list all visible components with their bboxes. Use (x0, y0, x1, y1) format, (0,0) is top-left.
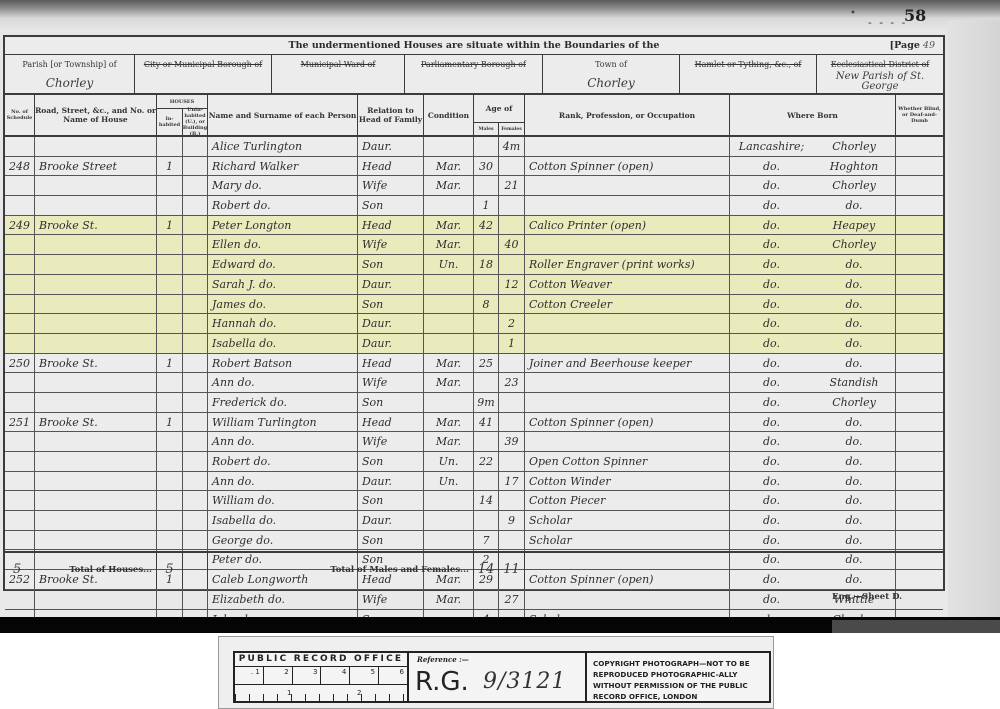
born-place-cell: do. (813, 255, 896, 274)
occupation-cell (525, 176, 730, 195)
relation-cell: Son (358, 452, 424, 471)
census-row: James do.Son8Cotton Creelerdo.do. (5, 295, 943, 315)
place-label: Town of (543, 55, 679, 69)
census-row: 248Brooke Street1Richard WalkerHeadMar.3… (5, 157, 943, 177)
inhabited-cell (157, 452, 183, 471)
place-ward: Municipal Ward of (272, 55, 405, 93)
condition-cell: Mar. (424, 432, 474, 451)
uninhabited-cell (183, 255, 208, 274)
inhabited-cell (157, 373, 183, 392)
census-row: Isabella do.Daur.9Scholardo.do. (5, 511, 943, 531)
col-inhabited: In-habited (157, 109, 183, 137)
scan-edge-band-right (832, 620, 1000, 633)
occupation-cell: Calico Printer (open) (525, 216, 730, 235)
occupation-cell: Roller Engraver (print works) (525, 255, 730, 274)
total-houses-cell: 5 Total of Houses... (5, 553, 157, 589)
born-county-cell: do. (730, 334, 813, 353)
total-persons-label: Total of Males and Females... (330, 565, 469, 575)
female-age-cell (499, 452, 525, 471)
schedule-cell (5, 472, 35, 491)
born-county-cell: Lancashire; (730, 137, 813, 156)
condition-cell (424, 314, 474, 333)
male-age-cell (474, 432, 499, 451)
total-males-cell: 14 (474, 553, 499, 589)
page-value: 49 (923, 40, 935, 51)
born-place-cell: do. (813, 472, 896, 491)
road-cell (35, 472, 157, 491)
condition-cell (424, 295, 474, 314)
condition-cell: Mar. (424, 354, 474, 373)
born-place-cell: do. (813, 432, 896, 451)
male-age-cell: 8 (474, 295, 499, 314)
col-age: Age of (474, 95, 525, 123)
condition-cell (424, 137, 474, 156)
female-age-cell (499, 531, 525, 550)
place-ecclesiastical: Ecclesiastical District of New Parish of… (817, 55, 943, 93)
male-age-cell (474, 472, 499, 491)
uninhabited-cell (183, 452, 208, 471)
col-schedule: No. of Schedule (5, 95, 35, 137)
occupation-cell: Cotton Winder (525, 472, 730, 491)
relation-cell: Son (358, 393, 424, 412)
blind-cell (896, 235, 943, 254)
ruler-scale-top: . 1 2 3 4 5 6 (235, 667, 407, 685)
inhabited-cell (157, 511, 183, 530)
total-houses-value-cell: 5 (157, 553, 183, 589)
census-row: Hannah do.Daur.2do.do. (5, 314, 943, 334)
occupation-cell: Cotton Creeler (525, 295, 730, 314)
occupation-cell (525, 137, 730, 156)
name-cell: Ann do. (208, 472, 358, 491)
reference-number: 9/3121 (483, 669, 566, 694)
uninhabited-cell (183, 334, 208, 353)
blind-cell (896, 354, 943, 373)
relation-cell: Son (358, 531, 424, 550)
uninhabited-cell (183, 137, 208, 156)
total-males: 14 (478, 562, 495, 577)
condition-cell: Un. (424, 452, 474, 471)
born-county-cell: do. (730, 511, 813, 530)
ruler-mark: . 1 (235, 667, 264, 684)
male-age-cell: 41 (474, 413, 499, 432)
born-county-cell: do. (730, 176, 813, 195)
road-cell: Brooke St. (35, 413, 157, 432)
male-age-cell: 9m (474, 393, 499, 412)
blind-cell (896, 216, 943, 235)
name-cell: Isabella do. (208, 334, 358, 353)
born-county-cell: do. (730, 472, 813, 491)
place-label: City or Municipal Borough of (135, 55, 271, 69)
col-females: Females (499, 123, 525, 137)
condition-cell: Un. (424, 472, 474, 491)
uninhabited-cell (183, 432, 208, 451)
place-borough: City or Municipal Borough of (135, 55, 272, 93)
born-county-cell: do. (730, 393, 813, 412)
name-cell: Sarah J. do. (208, 275, 358, 294)
name-cell: Edward do. (208, 255, 358, 274)
col-relation: Relation to Head of Family (358, 95, 424, 137)
census-row: Sarah J. do.Daur.12Cotton Weaverdo.do. (5, 275, 943, 295)
banner: The undermentioned Houses are situate wi… (5, 37, 943, 55)
schedule-cell (5, 314, 35, 333)
inhabited-cell: 1 (157, 413, 183, 432)
female-age-cell: 23 (499, 373, 525, 392)
condition-cell: Mar. (424, 373, 474, 392)
blind-cell (896, 590, 943, 609)
male-age-cell: 7 (474, 531, 499, 550)
place-headers: Parish [or Township] of Chorley City or … (5, 55, 943, 95)
occupation-cell: Cotton Spinner (open) (525, 157, 730, 176)
uninhabited-cell (183, 472, 208, 491)
born-place-cell: Hoghton (813, 157, 896, 176)
born-place-cell: Standish (813, 373, 896, 392)
col-road: Road, Street, &c., and No. or Name of Ho… (35, 95, 157, 137)
copyright-notice: COPYRIGHT PHOTOGRAPH—NOT TO BE REPRODUCE… (587, 653, 769, 701)
female-age-cell (499, 354, 525, 373)
male-age-cell: 30 (474, 157, 499, 176)
road-cell (35, 275, 157, 294)
born-place-cell: Chorley (813, 393, 896, 412)
condition-cell: Un. (424, 255, 474, 274)
female-age-cell (499, 157, 525, 176)
born-county-cell: do. (730, 452, 813, 471)
born-place-cell: Chorley (813, 137, 896, 156)
born-place-cell: do. (813, 295, 896, 314)
schedule-cell (5, 491, 35, 510)
born-place-cell: Heapey (813, 216, 896, 235)
relation-cell: Daur. (358, 275, 424, 294)
schedule-cell (5, 137, 35, 156)
place-value: New Parish of St. George (817, 72, 943, 92)
page-number: [Page49 (890, 37, 935, 54)
place-value: Chorley (5, 76, 134, 90)
place-label: Ecclesiastical District of (817, 55, 943, 69)
occupation-cell: Joiner and Beerhouse keeper (525, 354, 730, 373)
condition-cell: Mar. (424, 216, 474, 235)
census-sheet: The undermentioned Houses are situate wi… (3, 35, 945, 591)
place-label: Parish [or Township] of (5, 55, 134, 69)
census-row: Elizabeth do.WifeMar.27do.Whittle (5, 590, 943, 610)
born-county-cell: do. (730, 491, 813, 510)
census-row: Alice TurlingtonDaur.4mLancashire;Chorle… (5, 137, 943, 157)
blind-cell (896, 157, 943, 176)
blind-cell (896, 452, 943, 471)
name-cell: William do. (208, 491, 358, 510)
inhabited-cell (157, 176, 183, 195)
sheet-id: Eng.—Sheet D. (832, 592, 902, 602)
pro-card-frame: PUBLIC RECORD OFFICE . 1 2 3 4 5 6 1 2 R… (233, 651, 771, 703)
occupation-cell (525, 393, 730, 412)
male-age-cell (474, 137, 499, 156)
female-age-cell: 17 (499, 472, 525, 491)
born-county-cell: do. (730, 216, 813, 235)
condition-cell: Mar. (424, 157, 474, 176)
total-uninhabited-cell (183, 553, 208, 589)
female-age-cell: 21 (499, 176, 525, 195)
condition-cell (424, 511, 474, 530)
name-cell: Hannah do. (208, 314, 358, 333)
schedule-cell (5, 196, 35, 215)
name-cell: Robert do. (208, 452, 358, 471)
uninhabited-cell (183, 531, 208, 550)
uninhabited-cell (183, 275, 208, 294)
male-age-cell (474, 334, 499, 353)
male-age-cell: 42 (474, 216, 499, 235)
name-cell: Mary do. (208, 176, 358, 195)
reference-code: R.G. (415, 667, 469, 697)
col-males: Males (474, 123, 499, 137)
occupation-cell (525, 334, 730, 353)
name-cell: Richard Walker (208, 157, 358, 176)
born-place-cell: do. (813, 452, 896, 471)
relation-cell: Wife (358, 176, 424, 195)
total-houses-label: Total of Houses... (69, 565, 152, 575)
female-age-cell: 39 (499, 432, 525, 451)
relation-cell: Wife (358, 373, 424, 392)
name-cell: Alice Turlington (208, 137, 358, 156)
female-age-cell: 1 (499, 334, 525, 353)
born-place-cell: do. (813, 531, 896, 550)
male-age-cell (474, 590, 499, 609)
road-cell (35, 432, 157, 451)
inhabited-cell (157, 295, 183, 314)
blind-cell (896, 432, 943, 451)
uninhabited-cell (183, 413, 208, 432)
name-cell: Peter Longton (208, 216, 358, 235)
born-county-cell: do. (730, 275, 813, 294)
census-row: William do.Son14Cotton Piecerdo.do. (5, 491, 943, 511)
female-age-cell (499, 216, 525, 235)
uninhabited-cell (183, 590, 208, 609)
inhabited-cell (157, 590, 183, 609)
born-county-cell: do. (730, 157, 813, 176)
name-cell: Frederick do. (208, 393, 358, 412)
schedule-cell (5, 334, 35, 353)
census-row: Edward do.SonUn.18Roller Engraver (print… (5, 255, 943, 275)
born-county-cell: do. (730, 196, 813, 215)
road-cell (35, 531, 157, 550)
born-county-cell: do. (730, 531, 813, 550)
name-cell: Ellen do. (208, 235, 358, 254)
name-cell: William Turlington (208, 413, 358, 432)
female-age-cell (499, 413, 525, 432)
female-age-cell: 2 (499, 314, 525, 333)
born-county-cell: do. (730, 590, 813, 609)
schedule-cell (5, 590, 35, 609)
relation-cell: Head (358, 413, 424, 432)
margin-count: 5 (13, 553, 21, 587)
occupation-cell (525, 314, 730, 333)
relation-cell: Head (358, 216, 424, 235)
schedule-cell (5, 235, 35, 254)
relation-cell: Son (358, 196, 424, 215)
condition-cell (424, 531, 474, 550)
female-age-cell: 27 (499, 590, 525, 609)
born-county-cell: do. (730, 314, 813, 333)
col-name: Name and Surname of each Person (208, 95, 358, 137)
born-place-cell: Chorley (813, 235, 896, 254)
condition-cell (424, 196, 474, 215)
census-row: Ann do.WifeMar.23do.Standish (5, 373, 943, 393)
inhabited-cell (157, 393, 183, 412)
male-age-cell: 14 (474, 491, 499, 510)
blind-cell (896, 373, 943, 392)
relation-cell: Head (358, 354, 424, 373)
road-cell (35, 393, 157, 412)
ruler-mark: 5 (350, 667, 379, 684)
schedule-cell (5, 432, 35, 451)
occupation-cell (525, 590, 730, 609)
condition-cell (424, 491, 474, 510)
relation-cell: Wife (358, 590, 424, 609)
schedule-cell (5, 295, 35, 314)
inhabited-cell (157, 235, 183, 254)
blind-cell (896, 255, 943, 274)
census-row: Robert do.Son1do.do. (5, 196, 943, 216)
census-row: Isabella do.Daur.1do.do. (5, 334, 943, 354)
name-cell: Elizabeth do. (208, 590, 358, 609)
road-cell (35, 452, 157, 471)
blind-cell (896, 511, 943, 530)
pro-reference: Reference :— R.G. 9/3121 (409, 653, 587, 701)
born-county-cell: do. (730, 295, 813, 314)
inhabited-cell: 1 (157, 216, 183, 235)
ruler-mark: 3 (293, 667, 322, 684)
total-females: 11 (503, 562, 520, 577)
blind-cell (896, 176, 943, 195)
road-cell (35, 373, 157, 392)
born-place-cell: do. (813, 354, 896, 373)
female-age-cell (499, 393, 525, 412)
male-age-cell (474, 373, 499, 392)
road-cell (35, 235, 157, 254)
female-age-cell: 40 (499, 235, 525, 254)
blind-cell (896, 334, 943, 353)
scan-margin (948, 20, 1000, 633)
blind-cell (896, 196, 943, 215)
place-parish: Parish [or Township] of Chorley (5, 55, 135, 93)
ruler-ticks: 1 2 (235, 685, 407, 703)
census-row: Ann do.WifeMar.39do.do. (5, 432, 943, 452)
total-females-cell: 11 (499, 553, 525, 589)
schedule-cell: 248 (5, 157, 35, 176)
relation-cell: Son (358, 295, 424, 314)
relation-cell: Daur. (358, 334, 424, 353)
schedule-cell (5, 511, 35, 530)
uninhabited-cell (183, 216, 208, 235)
relation-cell: Daur. (358, 314, 424, 333)
occupation-cell: Scholar (525, 531, 730, 550)
ruler-mark: 6 (379, 667, 407, 684)
inhabited-cell (157, 255, 183, 274)
census-row: Ann do.Daur.Un.17Cotton Winderdo.do. (5, 472, 943, 492)
occupation-cell: Open Cotton Spinner (525, 452, 730, 471)
inhabited-cell: 1 (157, 354, 183, 373)
born-place-cell: do. (813, 413, 896, 432)
reference-label: Reference :— (417, 655, 469, 664)
page-label: [Page (890, 40, 920, 51)
uninhabited-cell (183, 196, 208, 215)
inhabited-cell (157, 334, 183, 353)
ruler-inch-mark: 2 (357, 689, 361, 697)
total-houses-value: 5 (165, 562, 173, 577)
occupation-cell: Cotton Spinner (open) (525, 413, 730, 432)
occupation-cell: Cotton Piecer (525, 491, 730, 510)
road-cell (35, 590, 157, 609)
inhabited-cell (157, 531, 183, 550)
born-place-cell: do. (813, 511, 896, 530)
road-cell (35, 295, 157, 314)
schedule-cell (5, 373, 35, 392)
uninhabited-cell (183, 491, 208, 510)
female-age-cell (499, 295, 525, 314)
inhabited-cell (157, 275, 183, 294)
col-blind-deaf: Whether Blind, or Deaf-and-Dumb (896, 95, 943, 137)
born-place-cell: do. (813, 334, 896, 353)
name-cell: Ann do. (208, 373, 358, 392)
inhabited-cell (157, 491, 183, 510)
total-persons-cell: Total of Males and Females... (208, 553, 474, 589)
uninhabited-cell (183, 157, 208, 176)
road-cell (35, 176, 157, 195)
schedule-cell (5, 531, 35, 550)
occupation-cell (525, 373, 730, 392)
schedule-cell (5, 255, 35, 274)
born-county-cell: do. (730, 354, 813, 373)
road-cell (35, 196, 157, 215)
road-cell: Brooke Street (35, 157, 157, 176)
schedule-cell: 251 (5, 413, 35, 432)
occupation-cell (525, 432, 730, 451)
blind-cell (896, 472, 943, 491)
ruler-mark: 2 (264, 667, 293, 684)
place-town: Town of Chorley (543, 55, 680, 93)
blind-cell (896, 413, 943, 432)
blind-cell (896, 491, 943, 510)
relation-cell: Wife (358, 235, 424, 254)
born-place-cell: do. (813, 491, 896, 510)
born-place-cell: Chorley (813, 176, 896, 195)
relation-cell: Son (358, 491, 424, 510)
occupation-cell: Cotton Weaver (525, 275, 730, 294)
relation-cell: Son (358, 255, 424, 274)
col-occupation: Rank, Profession, or Occupation (525, 95, 730, 137)
blind-cell (896, 137, 943, 156)
blind-cell (896, 275, 943, 294)
born-place-cell: do. (813, 275, 896, 294)
born-county-cell: do. (730, 235, 813, 254)
name-cell: Robert do. (208, 196, 358, 215)
census-row: Mary do.WifeMar.21do.Chorley (5, 176, 943, 196)
pro-title: PUBLIC RECORD OFFICE (235, 653, 407, 667)
male-age-cell (474, 235, 499, 254)
born-county-cell: do. (730, 255, 813, 274)
folio-number: 58 (904, 6, 926, 25)
road-cell (35, 137, 157, 156)
ruler-mark: 4 (321, 667, 350, 684)
condition-cell: Mar. (424, 176, 474, 195)
road-cell (35, 511, 157, 530)
place-label: Municipal Ward of (272, 55, 404, 69)
census-row: Robert do.SonUn.22Open Cotton Spinnerdo.… (5, 452, 943, 472)
relation-cell: Daur. (358, 137, 424, 156)
blind-cell (896, 314, 943, 333)
born-place-cell: do. (813, 314, 896, 333)
occupation-cell: Scholar (525, 511, 730, 530)
road-cell: Brooke St. (35, 354, 157, 373)
folio-dots: - - - - (868, 16, 907, 29)
inhabited-cell (157, 472, 183, 491)
